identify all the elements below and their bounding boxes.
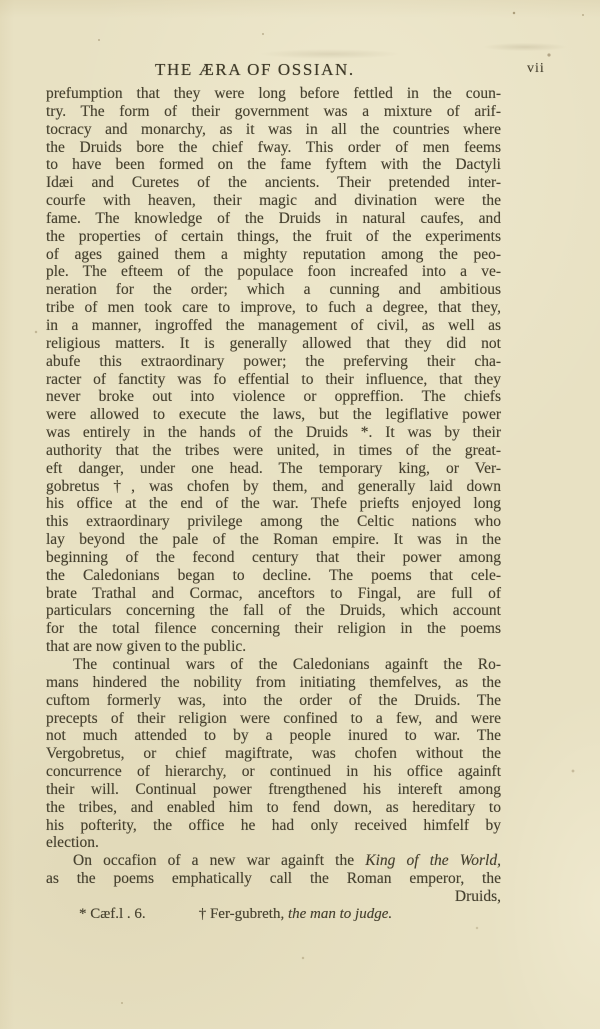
text-line: of ages gained them a mighty reputation … [46,246,501,264]
footnote-reference-vergobretus: † Fer-gubreth, the man to judge. [199,906,392,922]
text-line: that are now given to the public. [46,638,501,656]
text-line: abufe this extraordinary power; the pref… [46,353,501,371]
text-line: his office at the end of the war. Thefe … [46,495,501,513]
text-line: concurrence of hierarchy, or continued i… [46,763,501,781]
text-line: prefumption that they were long before f… [46,85,501,103]
text-line: his pofterity, the office he had only re… [46,817,501,835]
text-line: precepts of their religion were confined… [46,710,501,728]
text-line: lay beyond the pale of the Roman empire.… [46,531,501,549]
page-body: prefumption that they were long before f… [46,85,501,924]
footnote: * Cæf.l . 6.† Fer-gubreth, the man to ju… [46,906,501,924]
text-line: to have been formed on the fame fyftem w… [46,156,501,174]
text-line: the Druids bore the chief fway. This ord… [46,139,501,157]
text-line: particulars concerning the fall of the D… [46,602,501,620]
text-line: for the total filence concerning their r… [46,620,501,638]
text-line: neration for the order; which a cunning … [46,281,501,299]
page-number: vii [527,61,545,77]
text-line: in a manner, ingroffed the management of… [46,317,501,335]
text-line: tocracy and monarchy, as it was in all t… [46,121,501,139]
text-line: beginning of the fecond century that the… [46,549,501,567]
text-line: Vergobretus, or chief magiftrate, was ch… [46,745,501,763]
text-line: their will. Continual power ftrengthened… [46,781,501,799]
catchword: Druids, [46,888,501,906]
footnote-term: † Fer-gubreth, [199,906,288,922]
footnote-reference-caesar: * Cæf.l . 6. [79,906,146,922]
text-line: as the poems emphatically call the Roman… [46,870,501,888]
text-line: authority that the tribes were united, i… [46,442,501,460]
text-line: The continual wars of the Caledonians ag… [46,656,501,674]
text-line: gobretus †, was chofen by them, and gene… [46,478,501,496]
body-text: prefumption that they were long before f… [46,85,501,888]
text-line: never broke out into violence or oppreff… [46,388,501,406]
text-line: mans hindered the nobility from initiati… [46,674,501,692]
footnote-translation: the man to judge. [288,906,392,922]
text-line: cuftom formerly was, into the order of t… [46,692,501,710]
text-line: was entirely in the hands of the Druids … [46,424,501,442]
page-title: THE ÆRA OF OSSIAN. [155,60,355,80]
text-line: this extraordinary privilege among the C… [46,513,501,531]
text-line: fame. The knowledge of the Druids in nat… [46,210,501,228]
text-line: religious matters. It is generally allow… [46,335,501,353]
text-line: ple. The efteem of the populace foon inc… [46,263,501,281]
text-line: the Caledonians began to decline. The po… [46,567,501,585]
text-line: were allowed to execute the laws, but th… [46,406,501,424]
text-line: try. The form of their government was a … [46,103,501,121]
text-line: On occafion of a new war againft the Kin… [46,852,501,870]
text-line: the properties of certain things, the fr… [46,228,501,246]
text-line: brate Trathal and Cormac, anceftors to F… [46,585,501,603]
text-line: courfe with heaven, their magic and divi… [46,192,501,210]
book-page: THE ÆRA OF OSSIAN. vii prefumption that … [0,0,600,1029]
text-line: the tribes, and enabled him to fend down… [46,799,501,817]
text-line: election. [46,834,501,852]
text-line: not much attended to by a people inured … [46,727,501,745]
text-line: tribe of men took care to improve, to fu… [46,299,501,317]
text-line: Idæi and Curetes of the ancients. Their … [46,174,501,192]
text-line: eft danger, under one head. The temporar… [46,460,501,478]
text-line: racter of fanctity was fo effential to t… [46,371,501,389]
